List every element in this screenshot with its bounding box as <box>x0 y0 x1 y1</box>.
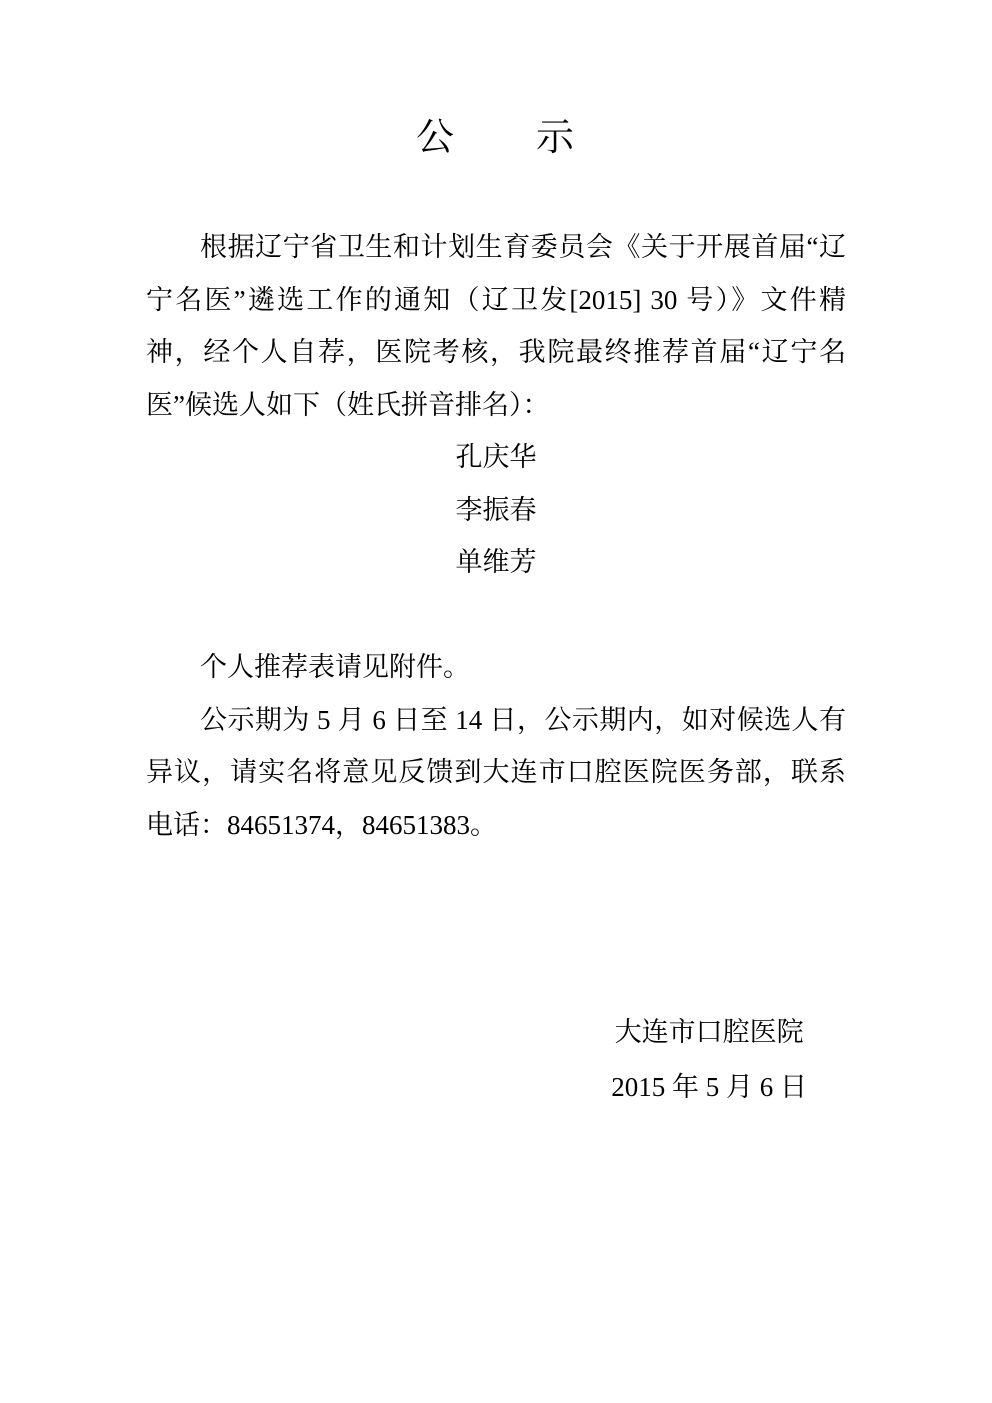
attachment-note-paragraph: 个人推荐表请见附件。 <box>146 641 846 694</box>
notice-period-paragraph: 公示期为 5 月 6 日至 14 日，公示期内，如对候选人有异议，请实名将意见反… <box>146 694 846 852</box>
candidate-list: 孔庆华 李振春 单维芳 <box>146 431 846 589</box>
signature-organization: 大连市口腔医院 <box>611 1005 807 1060</box>
intro-paragraph: 根据辽宁省卫生和计划生育委员会《关于开展首届“辽宁名医”遴选工作的通知（辽卫发[… <box>146 221 846 431</box>
candidate-name-3: 单维芳 <box>146 536 846 589</box>
candidate-name-2: 李振春 <box>146 484 846 537</box>
signature-block: 大连市口腔医院 2015 年 5 月 6 日 <box>611 1005 807 1115</box>
candidate-name-1: 孔庆华 <box>146 431 846 484</box>
signature-date: 2015 年 5 月 6 日 <box>611 1060 807 1115</box>
document-body: 根据辽宁省卫生和计划生育委员会《关于开展首届“辽宁名医”遴选工作的通知（辽卫发[… <box>146 221 846 851</box>
document-title: 公 示 <box>0 108 992 168</box>
public-notice-document: 公 示 根据辽宁省卫生和计划生育委员会《关于开展首届“辽宁名医”遴选工作的通知（… <box>0 0 992 1403</box>
